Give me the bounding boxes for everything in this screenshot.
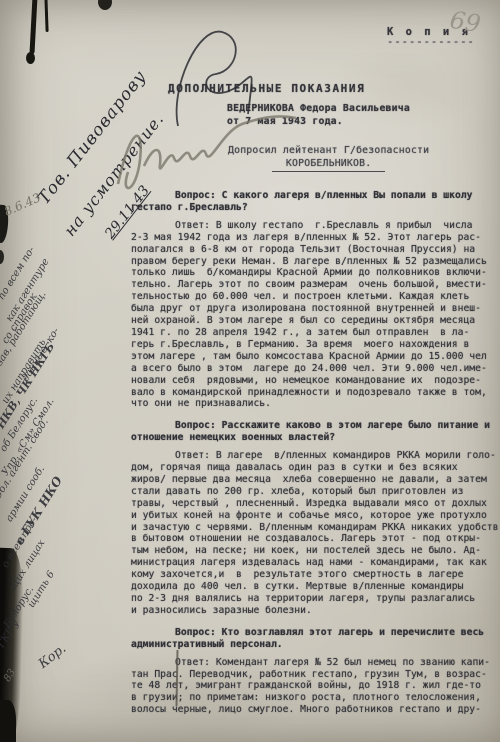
page-number: 69 <box>448 6 483 38</box>
margin-note: Кор. <box>36 641 69 672</box>
binding-shadow <box>0 700 16 742</box>
qa-column: Вопрос: С какого лагеря в/пленных Вы поп… <box>131 190 500 716</box>
subject-name: ВЕДЕРНИКОВА Федора Васильевича <box>227 103 410 116</box>
question-1: Вопрос: С какого лагеря в/пленных Вы поп… <box>131 190 500 214</box>
subject-date: от 7 мая 1943 года. <box>227 116 410 129</box>
ink-drip <box>29 0 37 54</box>
interrogator-name: КОРОБЕЛЬНИКОВ. <box>272 158 385 173</box>
interrogator-rank: Допросил лейтенант Г/безопасности <box>228 145 429 158</box>
ink-drip <box>44 0 48 32</box>
question-2: Вопрос: Расскажите каково в этом лагере … <box>131 420 500 444</box>
margin-date: 8.6.43 <box>2 190 43 218</box>
subject-block: ВЕДЕРНИКОВА Федора Васильевича от 7 мая … <box>227 103 410 128</box>
answer-2: Ответ: В лагере в/пленных командиров РКК… <box>131 450 500 617</box>
copy-underline: ------------ <box>387 36 475 48</box>
answer-3: Ответ: Комендант лагеря № 52 был немец п… <box>131 657 500 717</box>
ink-blot <box>26 52 35 64</box>
answer-1: Ответ: В школу гестапо г.Бреславль я при… <box>131 220 500 411</box>
ink-blot <box>98 0 112 10</box>
scanned-document-page: К о п и я ------------ 69 ДОПОЛНИТЕЛЬНЫЕ… <box>0 0 500 742</box>
interrogator-block: Допросил лейтенант Г/безопасности КОРОБЕ… <box>228 145 429 172</box>
document-title: ДОПОЛНИТЕЛЬНЫЕ ПОКАЗАНИЯ <box>168 82 365 95</box>
scan-edge-mark <box>0 250 4 264</box>
question-3: Вопрос: Кто возглавлял этот лагерь и пер… <box>131 627 500 651</box>
